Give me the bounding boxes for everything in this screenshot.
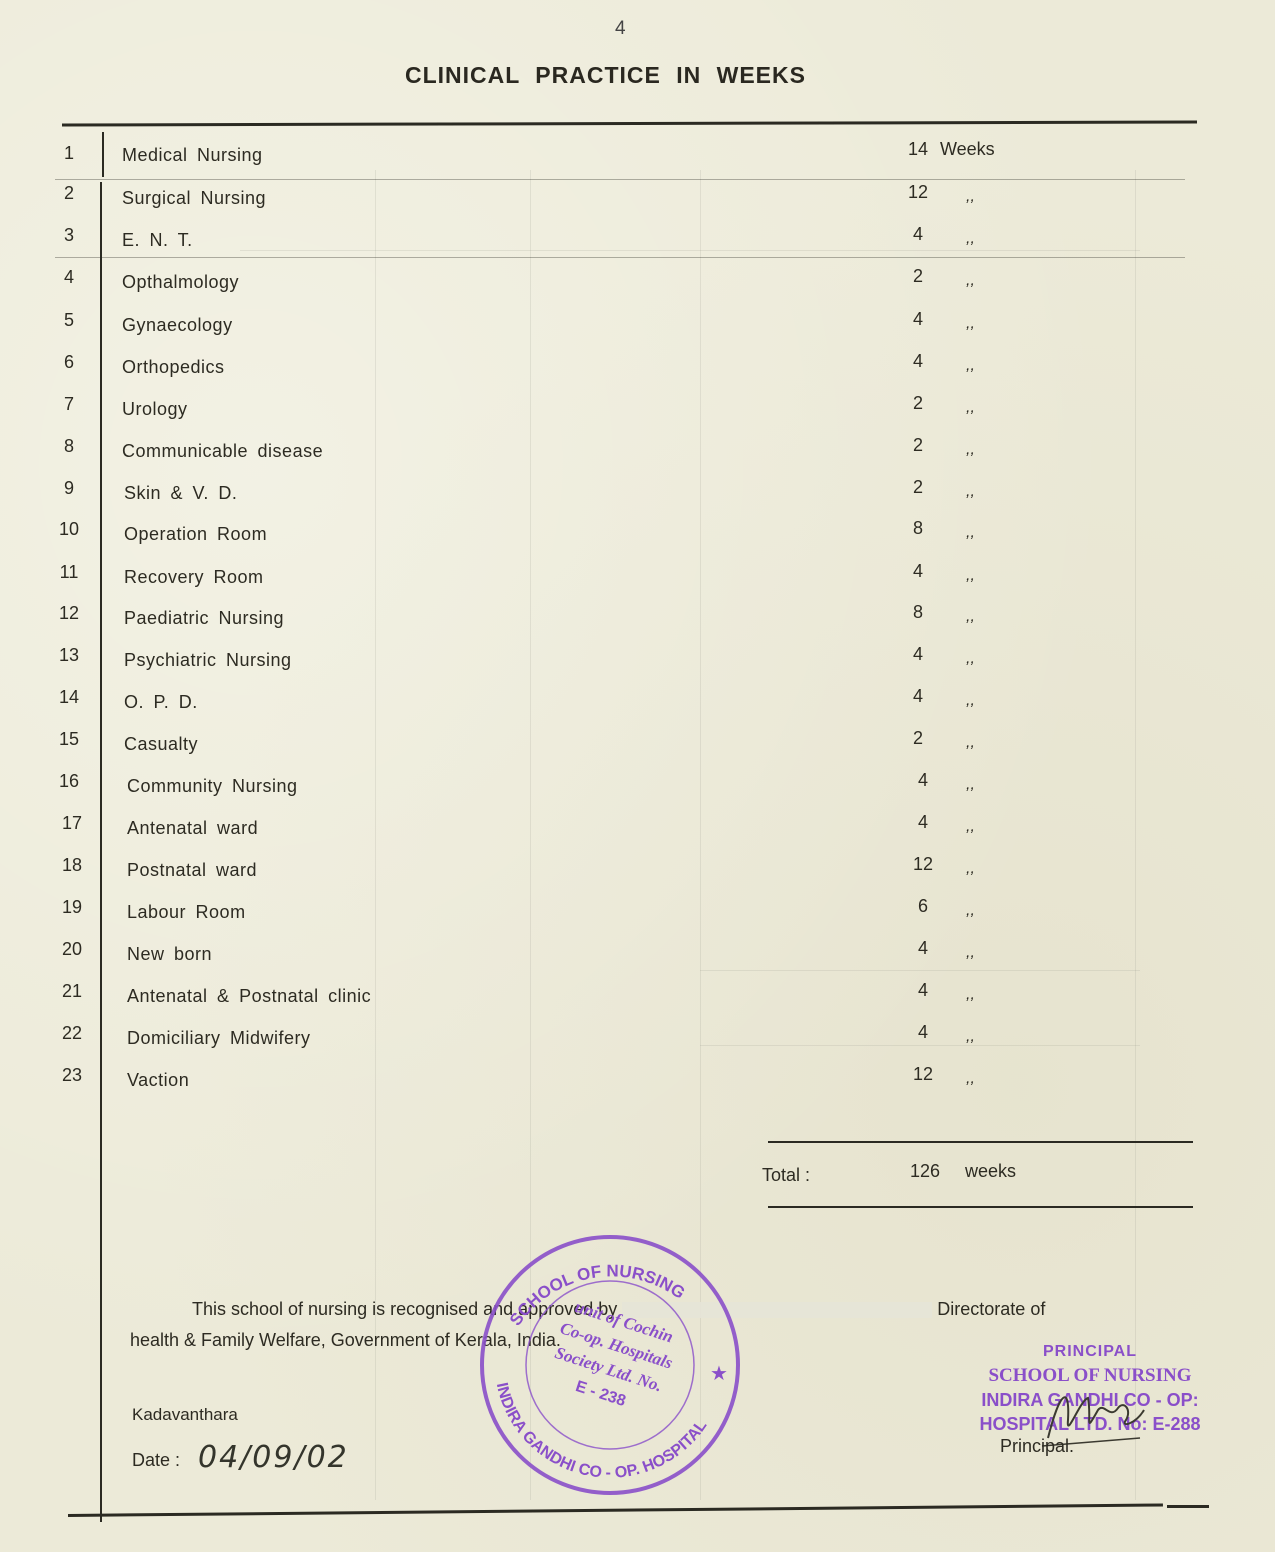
clinical-area-name: Vaction xyxy=(127,1070,189,1091)
ditto-mark: ,, xyxy=(966,1070,975,1088)
weeks-value: 8 xyxy=(898,602,938,623)
clinical-area-name: Domiciliary Midwifery xyxy=(127,1028,311,1049)
notice-line1-end: Directorate of xyxy=(937,1299,1045,1319)
clinical-area-name: Communicable disease xyxy=(122,441,323,462)
page-number: 4 xyxy=(615,18,626,40)
weeks-value: 2 xyxy=(898,477,938,498)
total-value: 126 xyxy=(910,1161,940,1182)
weeks-value: 4 xyxy=(898,644,938,665)
clinical-area-name: Paediatric Nursing xyxy=(124,608,284,629)
date-label: Date : xyxy=(132,1450,180,1471)
row-number: 9 xyxy=(49,478,89,499)
weeks-value: 2 xyxy=(898,728,938,749)
clinical-area-name: Antenatal & Postnatal clinic xyxy=(127,986,371,1007)
weeks-value: 4 xyxy=(898,351,938,372)
clinical-area-name: Gynaecology xyxy=(122,315,233,336)
row-number: 14 xyxy=(49,687,89,708)
row-number: 22 xyxy=(52,1023,92,1044)
row-number: 21 xyxy=(52,981,92,1002)
ditto-mark: ,, xyxy=(966,567,975,585)
row-number: 6 xyxy=(49,352,89,373)
document-page: 4 CLINICAL PRACTICE IN WEEKS 1Medical Nu… xyxy=(0,0,1275,1552)
weeks-value: 12 xyxy=(903,1064,943,1085)
ditto-mark: ,, xyxy=(966,734,975,752)
weeks-value: 4 xyxy=(903,770,943,791)
weeks-value: 2 xyxy=(898,393,938,414)
weeks-value: 4 xyxy=(898,224,938,245)
total-top-rule xyxy=(768,1141,1193,1143)
bottom-rule xyxy=(68,1503,1163,1517)
ditto-mark: ,, xyxy=(966,608,975,626)
ditto-mark: ,, xyxy=(966,399,975,417)
top-rule xyxy=(62,121,1197,127)
ditto-mark: ,, xyxy=(966,441,975,459)
weeks-value: 2 xyxy=(898,435,938,456)
clinical-area-name: Postnatal ward xyxy=(127,860,257,881)
row-number: 19 xyxy=(52,897,92,918)
ditto-mark: ,, xyxy=(966,524,975,542)
weeks-value: 4 xyxy=(903,938,943,959)
row-number: 7 xyxy=(49,394,89,415)
clinical-area-name: Skin & V. D. xyxy=(124,483,237,504)
bleed-through-line xyxy=(240,250,1140,251)
row-number: 3 xyxy=(49,225,89,246)
bottom-rule-segment xyxy=(1167,1505,1209,1508)
weeks-value: 4 xyxy=(898,309,938,330)
weeks-value: 12 xyxy=(898,182,938,203)
ditto-mark: ,, xyxy=(966,692,975,710)
clinical-area-name: Recovery Room xyxy=(124,567,264,588)
total-bottom-rule xyxy=(768,1206,1193,1208)
bleed-through-line xyxy=(700,1045,1140,1046)
table-vertical-divider xyxy=(100,182,102,1522)
ditto-mark: ,, xyxy=(966,272,975,290)
clinical-area-name: O. P. D. xyxy=(124,692,198,713)
row-number: 12 xyxy=(49,603,89,624)
clinical-area-name: Labour Room xyxy=(127,902,246,923)
row-number: 1 xyxy=(49,143,89,164)
clinical-area-name: Community Nursing xyxy=(127,776,298,797)
date-value-handwritten: 04/09/02 xyxy=(198,1440,349,1475)
ditto-mark: ,, xyxy=(966,483,975,501)
row-number: 10 xyxy=(49,519,89,540)
weeks-value: 12 xyxy=(903,854,943,875)
weeks-value: 8 xyxy=(898,518,938,539)
row-number: 20 xyxy=(52,939,92,960)
clinical-area-name: Surgical Nursing xyxy=(122,188,266,209)
ditto-mark: ,, xyxy=(966,1028,975,1046)
clinical-area-name: Antenatal ward xyxy=(127,818,258,839)
weeks-value: 4 xyxy=(898,686,938,707)
ditto-mark: ,, xyxy=(966,188,975,206)
row-divider xyxy=(55,257,1185,258)
ditto-mark: ,, xyxy=(966,818,975,836)
clinical-area-name: Psychiatric Nursing xyxy=(124,650,292,671)
principal-label: Principal. xyxy=(1000,1436,1074,1457)
row-number: 5 xyxy=(49,310,89,331)
stamp-line1: PRINCIPAL xyxy=(960,1340,1220,1364)
weeks-value: 4 xyxy=(903,812,943,833)
row-number: 23 xyxy=(52,1065,92,1086)
clinical-area-name: New born xyxy=(127,944,212,965)
bleed-through-line xyxy=(700,970,1140,971)
clinical-area-name: Urology xyxy=(122,399,188,420)
clinical-area-name: Operation Room xyxy=(124,524,267,545)
ditto-mark: ,, xyxy=(966,230,975,248)
place-name: Kadavanthara xyxy=(132,1405,238,1425)
ditto-mark: ,, xyxy=(966,860,975,878)
ditto-mark: ,, xyxy=(966,902,975,920)
row-number: 13 xyxy=(49,645,89,666)
row-number: 11 xyxy=(49,562,89,583)
row-number: 2 xyxy=(49,183,89,204)
weeks-value: 2 xyxy=(898,266,938,287)
clinical-area-name: Opthalmology xyxy=(122,272,239,293)
weeks-value: 4 xyxy=(898,561,938,582)
school-seal-stamp: SCHOOL OF NURSING INDIRA GANDHI CO - OP.… xyxy=(470,1230,750,1500)
row-number: 17 xyxy=(52,813,92,834)
ditto-mark: ,, xyxy=(966,315,975,333)
weeks-unit: Weeks xyxy=(940,139,995,160)
clinical-area-name: Medical Nursing xyxy=(122,145,263,166)
weeks-value: 4 xyxy=(903,1022,943,1043)
total-label: Total : xyxy=(762,1165,810,1186)
ditto-mark: ,, xyxy=(966,944,975,962)
row-number: 15 xyxy=(49,729,89,750)
ditto-mark: ,, xyxy=(966,357,975,375)
clinical-area-name: Orthopedics xyxy=(122,357,225,378)
weeks-value: 14 xyxy=(898,139,938,160)
ditto-mark: ,, xyxy=(966,986,975,1004)
row-number: 18 xyxy=(52,855,92,876)
seal-star-icon: ★ xyxy=(710,1363,728,1385)
ditto-mark: ,, xyxy=(966,776,975,794)
page-title: CLINICAL PRACTICE IN WEEKS xyxy=(405,62,806,89)
clinical-area-name: E. N. T. xyxy=(122,230,193,251)
row-divider xyxy=(55,179,1185,180)
row-number: 16 xyxy=(49,771,89,792)
ditto-mark: ,, xyxy=(966,650,975,668)
row-number: 8 xyxy=(49,436,89,457)
weeks-value: 6 xyxy=(903,896,943,917)
weeks-value: 4 xyxy=(903,980,943,1001)
clinical-area-name: Casualty xyxy=(124,734,198,755)
table-vertical-divider xyxy=(102,132,104,177)
row-number: 4 xyxy=(49,267,89,288)
total-unit: weeks xyxy=(965,1161,1016,1182)
